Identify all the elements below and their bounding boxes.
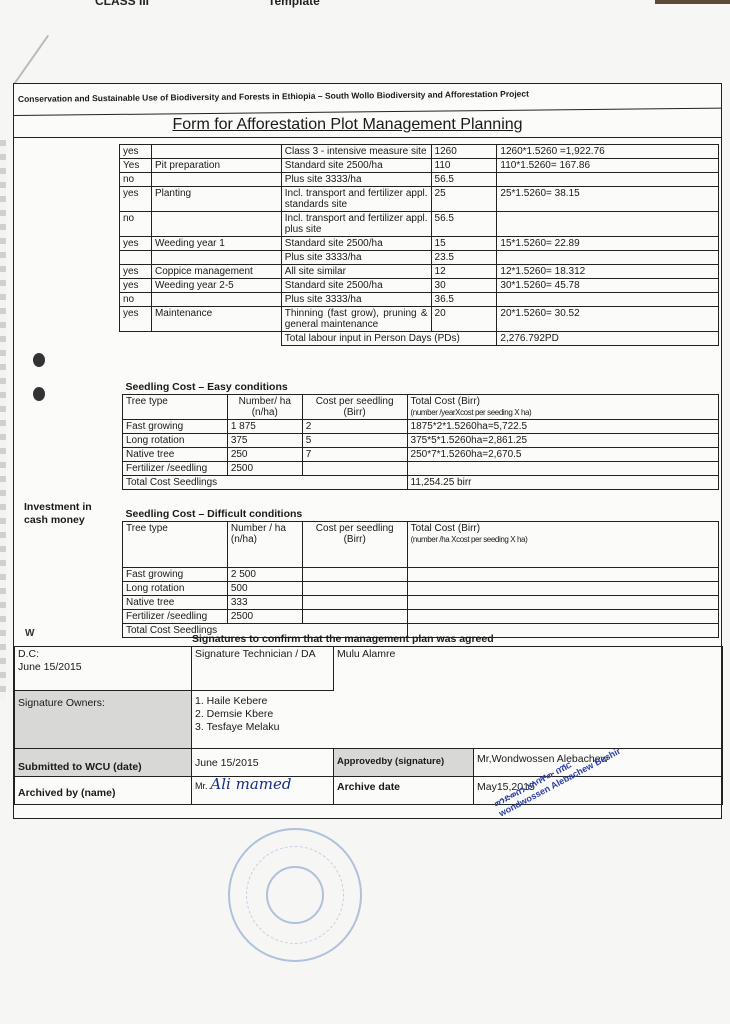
labour-flag: yes — [120, 307, 152, 332]
labour-table: yesClass 3 - intensive measure site12601… — [119, 144, 719, 346]
labour-flag: yes — [120, 187, 152, 212]
labour-activity — [151, 145, 281, 159]
labour-activity — [151, 293, 281, 307]
labour-site: Plus site 3333/ha — [281, 293, 431, 307]
labour-flag: Yes — [120, 159, 152, 173]
labour-site: Plus site 3333/ha — [281, 251, 431, 265]
date-cell: D.C: June 15/2015 — [15, 647, 192, 691]
difficult-number-cell: 2500 — [227, 610, 302, 624]
easy-total-header-label: Total Cost (Birr) — [411, 396, 715, 407]
labour-person-days: 25 — [431, 187, 497, 212]
labour-calculation: 12*1.5260= 18.312 — [497, 265, 719, 279]
easy-type-cell: Long rotation — [123, 434, 228, 448]
easy-header-type: Tree type — [123, 395, 228, 420]
difficult-type-cell: Long rotation — [123, 582, 228, 596]
easy-cost-cell: 2 — [302, 420, 407, 434]
project-header: Conservation and Sustainable Use of Biod… — [14, 87, 721, 116]
easy-number-cell: 250 — [227, 448, 302, 462]
labour-site: Class 3 - intensive measure site — [281, 145, 431, 159]
easy-cost-cell — [302, 462, 407, 476]
stamp-center — [266, 866, 324, 924]
top-strip: CLASS III Template — [0, 0, 730, 8]
labour-flag: yes — [120, 279, 152, 293]
difficult-cost-cell — [302, 582, 407, 596]
submitted-value: June 15/2015 — [192, 749, 334, 777]
labour-calculation — [497, 293, 719, 307]
labour-total-label: Total labour input in Person Days (PDs) — [281, 332, 497, 346]
difficult-header-total: Total Cost (Birr) (number /ha Xcost per … — [407, 522, 718, 568]
labour-row: Plus site 3333/ha23.5 — [120, 251, 719, 265]
difficult-header-type: Tree type — [123, 522, 228, 568]
labour-activity: Coppice management — [151, 265, 281, 279]
punch-hole — [33, 387, 45, 401]
class-label: CLASS III — [95, 0, 149, 8]
labour-calculation — [497, 212, 719, 237]
easy-total-value: 11,254.25 birr — [407, 476, 718, 490]
labour-calculation: 25*1.5260= 38.15 — [497, 187, 719, 212]
labour-person-days: 56.5 — [431, 173, 497, 187]
labour-row: yesCoppice managementAll site similar121… — [120, 265, 719, 279]
easy-number-cell: 1 875 — [227, 420, 302, 434]
difficult-total-cell — [407, 596, 718, 610]
labour-person-days: 36.5 — [431, 293, 497, 307]
easy-header-total: Total Cost (Birr) (number /yearXcost per… — [407, 395, 718, 420]
labour-site: Standard site 2500/ha — [281, 159, 431, 173]
labour-person-days: 1260 — [431, 145, 497, 159]
easy-total-cell: 375*5*1.5260ha=2,861.25 — [407, 434, 718, 448]
template-label: Template — [268, 0, 320, 8]
labour-calculation — [497, 251, 719, 265]
labour-flag: yes — [120, 145, 152, 159]
labour-person-days: 110 — [431, 159, 497, 173]
labour-site: All site similar — [281, 265, 431, 279]
labour-activity: Weeding year 1 — [151, 237, 281, 251]
difficult-total-cell — [407, 610, 718, 624]
easy-title: Seedling Cost – Easy conditions — [123, 382, 719, 395]
easy-total-label: Total Cost Seedlings — [123, 476, 408, 490]
labour-row: yesWeeding year 1Standard site 2500/ha15… — [120, 237, 719, 251]
difficult-cost-cell — [302, 610, 407, 624]
owners-label: Signature Owners: — [15, 691, 192, 749]
labour-person-days: 20 — [431, 307, 497, 332]
labour-flag: no — [120, 173, 152, 187]
easy-header-number: Number/ ha (n/ha) — [227, 395, 302, 420]
difficult-total-header-label: Total Cost (Birr) — [411, 523, 715, 534]
difficult-cost-cell — [302, 596, 407, 610]
form-title: Form for Afforestation Plot Management P… — [14, 116, 721, 138]
labour-row: yesPlantingIncl. transport and fertilize… — [120, 187, 719, 212]
labour-person-days: 23.5 — [431, 251, 497, 265]
fold-line — [13, 35, 49, 85]
difficult-seedling-row: Long rotation500 — [123, 582, 719, 596]
signature-table: D.C: June 15/2015 Signature Technician /… — [14, 646, 723, 805]
labour-row: noIncl. transport and fertilizer appl. p… — [120, 212, 719, 237]
labour-calculation: 110*1.5260= 167.86 — [497, 159, 719, 173]
labour-total-value: 2,276.792PD — [497, 332, 719, 346]
owner-3: 3. Tesfaye Melaku — [195, 721, 719, 734]
binder-edge — [0, 140, 6, 700]
difficult-type-cell: Fast growing — [123, 568, 228, 582]
easy-type-cell: Fast growing — [123, 420, 228, 434]
labour-site: Plus site 3333/ha — [281, 173, 431, 187]
labour-activity: Planting — [151, 187, 281, 212]
w-logo-icon: W — [25, 628, 34, 639]
date-label: D.C: — [18, 648, 188, 661]
easy-type-cell: Native tree — [123, 448, 228, 462]
difficult-total-cell — [407, 582, 718, 596]
easy-seedling-row: Long rotation3755375*5*1.5260ha=2,861.25 — [123, 434, 719, 448]
approved-label: Approvedby (signature) — [334, 749, 474, 777]
difficult-number-cell: 333 — [227, 596, 302, 610]
difficult-seedling-table: Seedling Cost – Difficult conditions Tre… — [122, 509, 719, 638]
difficult-seedling-row: Native tree333 — [123, 596, 719, 610]
owner-1: 1. Haile Kebere — [195, 695, 719, 708]
punch-hole — [33, 353, 45, 367]
form-sheet: Conservation and Sustainable Use of Biod… — [13, 83, 722, 819]
easy-cost-cell: 7 — [302, 448, 407, 462]
labour-flag: no — [120, 212, 152, 237]
easy-formula-note: (number /yearXcost per seeding X ha) — [411, 407, 715, 418]
difficult-cost-cell — [302, 568, 407, 582]
labour-flag: no — [120, 293, 152, 307]
difficult-header-cost: Cost per seedling (Birr) — [302, 522, 407, 568]
archived-label: Archived by (name) — [15, 777, 192, 805]
technician-name: Mulu Alamre — [334, 647, 723, 691]
labour-flag — [120, 251, 152, 265]
labour-row: noPlus site 3333/ha56.5 — [120, 173, 719, 187]
labour-person-days: 12 — [431, 265, 497, 279]
archived-signature: Ali mamed — [210, 775, 291, 793]
difficult-type-cell: Fertilizer /seedling — [123, 610, 228, 624]
difficult-number-cell: 2 500 — [227, 568, 302, 582]
labour-site: Thinning (fast grow), pruning & general … — [281, 307, 431, 332]
technician-label: Signature Technician / DA — [192, 647, 334, 691]
corner-mark — [655, 0, 730, 4]
easy-seedling-row: Fertilizer /seedling2500 — [123, 462, 719, 476]
labour-activity — [151, 212, 281, 237]
labour-person-days: 56.5 — [431, 212, 497, 237]
easy-total-cell: 250*7*1.5260ha=2,670.5 — [407, 448, 718, 462]
difficult-header-number: Number / ha (n/ha) — [227, 522, 302, 568]
archive-date-label: Archive date — [334, 777, 474, 805]
labour-row: yesWeeding year 2-5Standard site 2500/ha… — [120, 279, 719, 293]
labour-activity: Pit preparation — [151, 159, 281, 173]
archived-value: Mr. Ali mamed — [192, 777, 334, 805]
labour-row: yesMaintenanceThinning (fast grow), prun… — [120, 307, 719, 332]
date-value: June 15/2015 — [18, 661, 188, 674]
easy-type-cell: Fertilizer /seedling — [123, 462, 228, 476]
submitted-label: Submitted to WCU (date) — [15, 749, 192, 777]
difficult-total-cell — [407, 568, 718, 582]
archived-prefix: Mr. — [195, 781, 208, 791]
official-round-stamp — [228, 828, 362, 962]
labour-flag: yes — [120, 265, 152, 279]
labour-site: Incl. transport and fertilizer appl. sta… — [281, 187, 431, 212]
labour-activity — [151, 173, 281, 187]
investment-label: Investment in cash money — [24, 501, 114, 527]
easy-total-cell: 1875*2*1.5260ha=5,722.5 — [407, 420, 718, 434]
difficult-type-cell: Native tree — [123, 596, 228, 610]
labour-row: yesClass 3 - intensive measure site12601… — [120, 145, 719, 159]
labour-activity: Maintenance — [151, 307, 281, 332]
difficult-seedling-row: Fertilizer /seedling2500 — [123, 610, 719, 624]
easy-number-cell: 2500 — [227, 462, 302, 476]
easy-total-cell — [407, 462, 718, 476]
labour-calculation: 30*1.5260= 45.78 — [497, 279, 719, 293]
easy-cost-cell: 5 — [302, 434, 407, 448]
labour-site: Standard site 2500/ha — [281, 237, 431, 251]
labour-calculation: 20*1.5260= 30.52 — [497, 307, 719, 332]
labour-row: noPlus site 3333/ha36.5 — [120, 293, 719, 307]
labour-flag: yes — [120, 237, 152, 251]
difficult-formula-note: (number /ha Xcost per seeding X ha) — [411, 534, 715, 545]
labour-calculation: 1260*1.5260 =1,922.76 — [497, 145, 719, 159]
labour-activity — [151, 251, 281, 265]
easy-seedling-table: Seedling Cost – Easy conditions Tree typ… — [122, 382, 719, 490]
labour-row: YesPit preparationStandard site 2500/ha1… — [120, 159, 719, 173]
easy-number-cell: 375 — [227, 434, 302, 448]
easy-seedling-row: Fast growing1 87521875*2*1.5260ha=5,722.… — [123, 420, 719, 434]
easy-header-cost: Cost per seedling (Birr) — [302, 395, 407, 420]
labour-site: Standard site 2500/ha — [281, 279, 431, 293]
difficult-seedling-row: Fast growing2 500 — [123, 568, 719, 582]
difficult-title: Seedling Cost – Difficult conditions — [123, 509, 719, 522]
owners-list: 1. Haile Kebere 2. Demsie Kbere 3. Tesfa… — [192, 691, 723, 749]
labour-person-days: 15 — [431, 237, 497, 251]
labour-site: Incl. transport and fertilizer appl. plu… — [281, 212, 431, 237]
difficult-number-cell: 500 — [227, 582, 302, 596]
easy-seedling-row: Native tree2507250*7*1.5260ha=2,670.5 — [123, 448, 719, 462]
labour-person-days: 30 — [431, 279, 497, 293]
signatures-title: Signatures to confirm that the managemen… — [192, 633, 494, 645]
labour-activity: Weeding year 2-5 — [151, 279, 281, 293]
labour-calculation: 15*1.5260= 22.89 — [497, 237, 719, 251]
owner-2: 2. Demsie Kbere — [195, 708, 719, 721]
labour-calculation — [497, 173, 719, 187]
